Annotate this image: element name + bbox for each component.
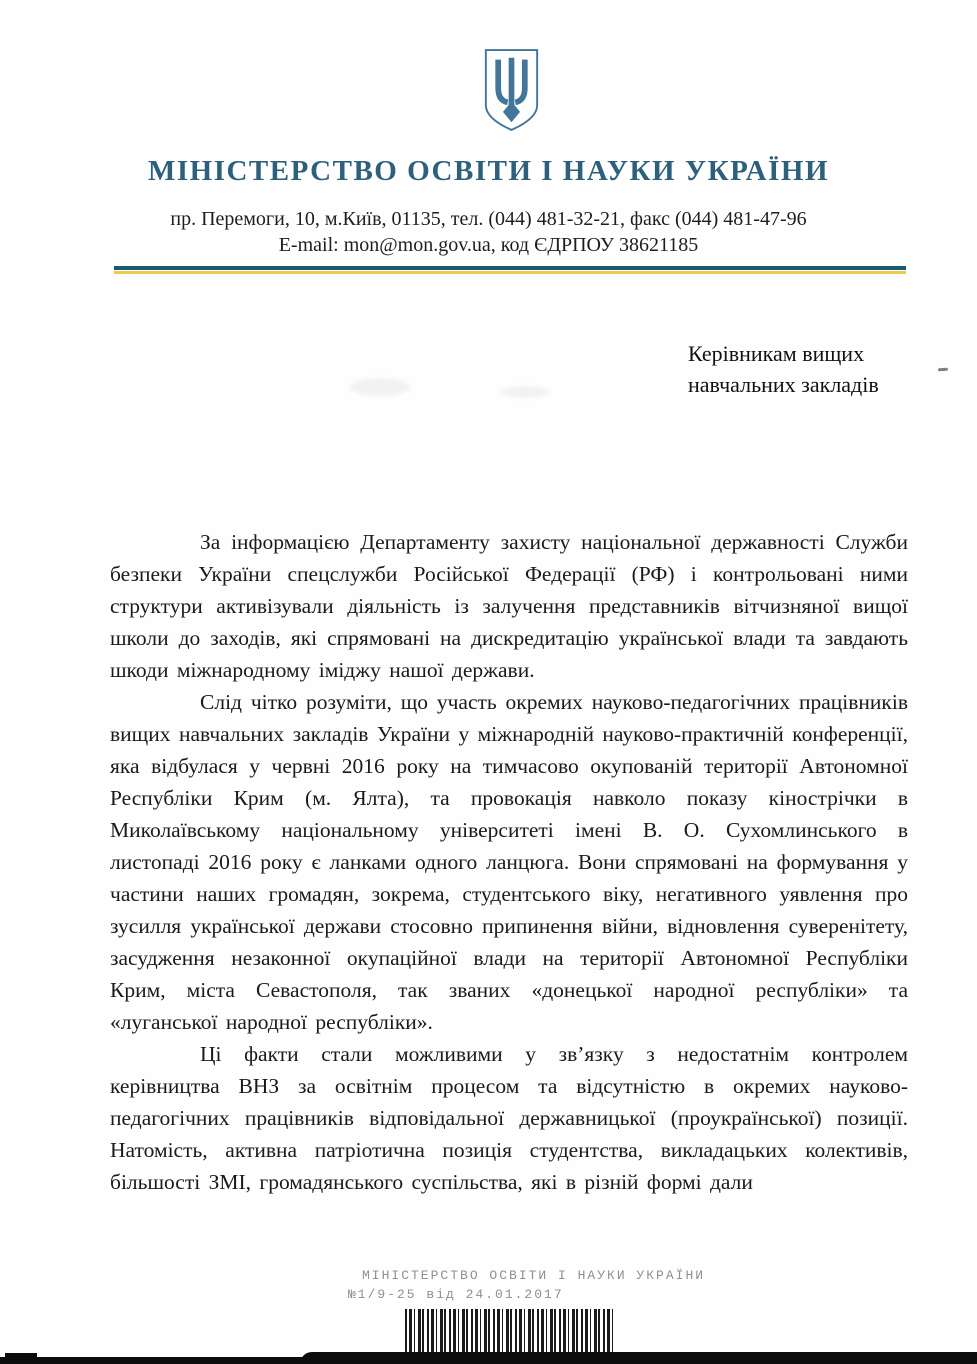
ministry-title: МІНІСТЕРСТВО ОСВІТИ І НАУКИ УКРАЇНИ: [0, 155, 977, 188]
letter-body: За інформацією Департаменту захисту наці…: [110, 526, 908, 1198]
addressee-line-2: навчальних закладів: [688, 369, 948, 400]
paragraph-3: Ці факти стали можливими у зв’язку з нед…: [110, 1038, 908, 1198]
divider-yellow-line: [114, 271, 906, 274]
header-divider: [114, 266, 906, 274]
registration-stamp: МІНІСТЕРСТВО ОСВІТИ І НАУКИ УКРАЇНИ №1/9…: [348, 1266, 705, 1304]
paragraph-1: За інформацією Департаменту захисту наці…: [110, 526, 908, 686]
scan-corner-mark: [5, 1353, 37, 1361]
address-line-2: E-mail: mon@mon.gov.ua, код ЄДРПОУ 38621…: [0, 232, 977, 258]
scan-smudge: [350, 378, 410, 396]
scan-edge-band-thick: [300, 1352, 977, 1364]
address-line-1: пр. Перемоги, 10, м.Київ, 01135, тел. (0…: [0, 206, 977, 232]
ministry-address: пр. Перемоги, 10, м.Київ, 01135, тел. (0…: [0, 206, 977, 258]
scan-smudge: [500, 386, 550, 398]
paragraph-2: Слід чітко розуміти, що участь окремих н…: [110, 686, 908, 1038]
stamp-number-date-line: №1/9-25 від 24.01.2017: [348, 1285, 705, 1304]
addressee-line-1: Керівникам вищих: [688, 338, 948, 369]
addressee-block: Керівникам вищих навчальних закладів: [688, 338, 948, 400]
scanned-letter-page: МІНІСТЕРСТВО ОСВІТИ І НАУКИ УКРАЇНИ пр. …: [0, 0, 977, 1364]
ukraine-trident-emblem-icon: [483, 48, 540, 132]
stamp-ministry-line: МІНІСТЕРСТВО ОСВІТИ І НАУКИ УКРАЇНИ: [362, 1266, 705, 1285]
registration-barcode: [405, 1309, 613, 1356]
